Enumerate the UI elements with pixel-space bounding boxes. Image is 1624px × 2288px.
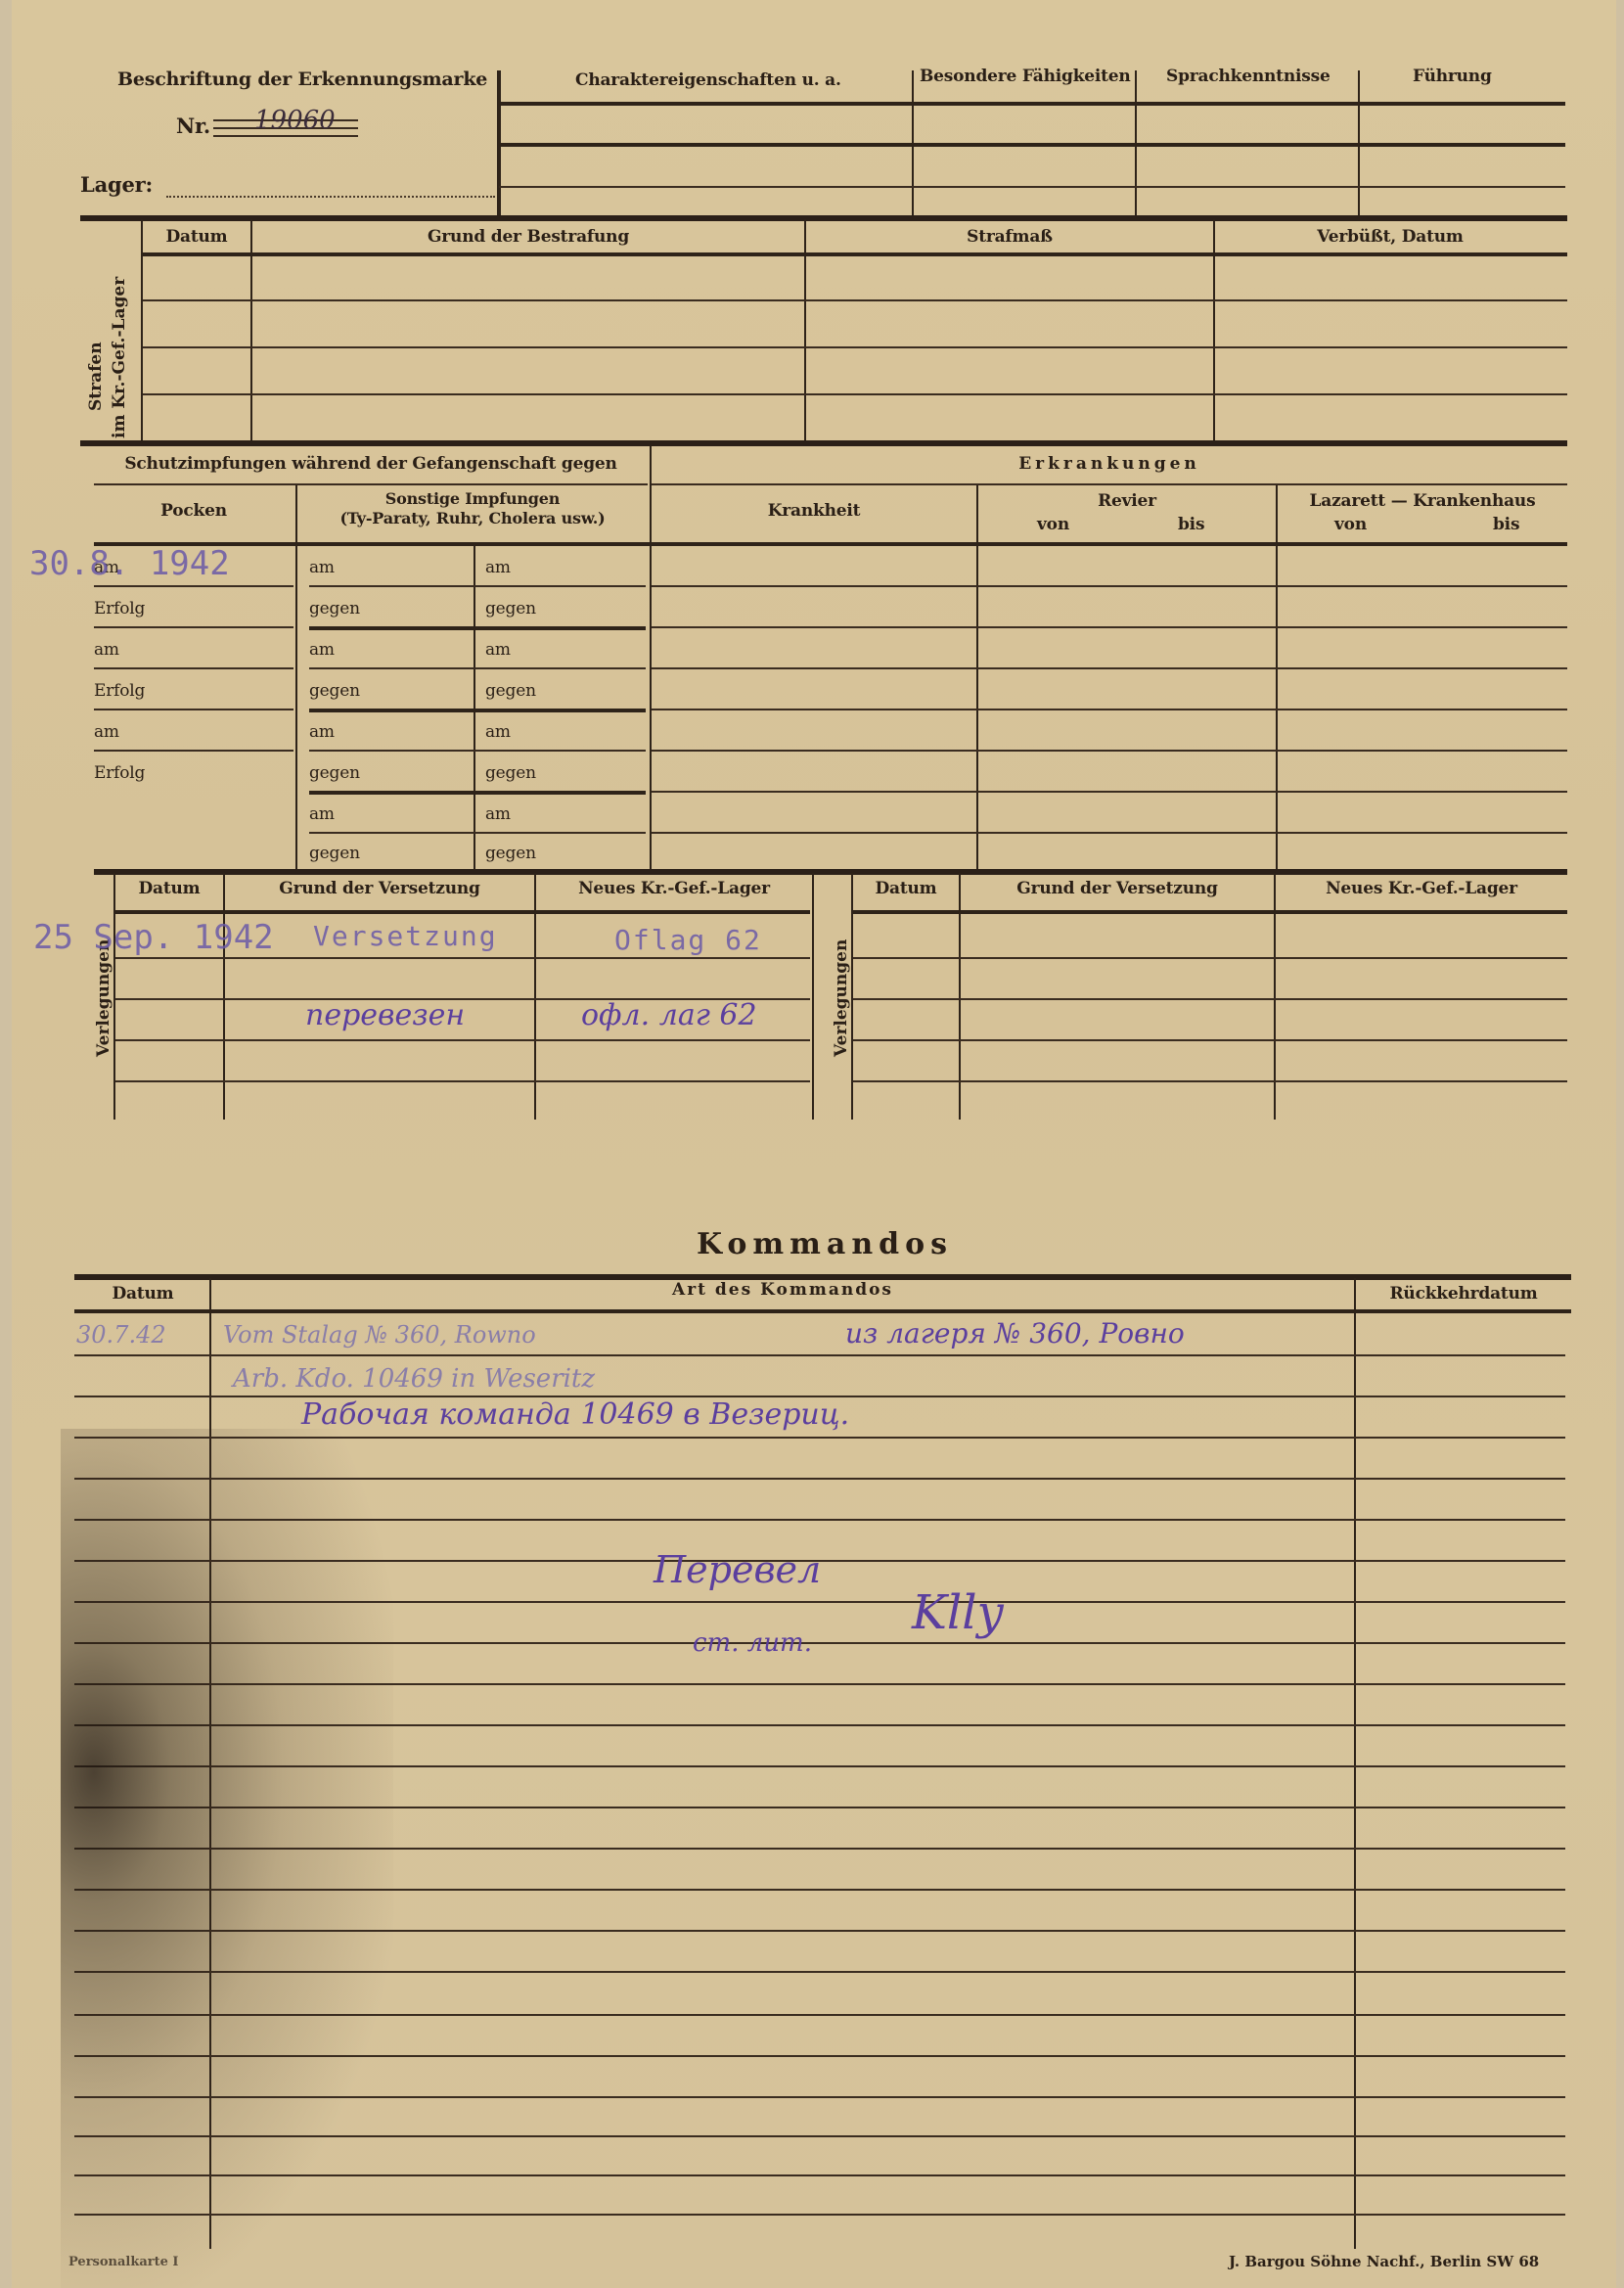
pocken-line (94, 626, 293, 628)
kommandos-title: Kommandos (697, 1227, 953, 1261)
erkrankungen-title: Erkrankungen (652, 454, 1567, 474)
sonstige-line (309, 626, 646, 630)
pocken-row-label: Erfolg (94, 763, 145, 783)
kommandos-col-rueckkehr: Rückkehrdatum (1356, 1284, 1571, 1304)
erkrank-line (652, 667, 1567, 669)
signature-line-1: Перевел (654, 1548, 821, 1591)
lazarett-bis-label: bis (1493, 515, 1519, 534)
sonstige-line (309, 832, 646, 834)
sonstige-col-divider (474, 544, 475, 871)
strafen-header-line (143, 252, 1567, 256)
verleg-grund-handwritten: перевезен (305, 998, 465, 1032)
sonstige-line (309, 709, 646, 712)
pocken-label: Pocken (94, 501, 293, 521)
sonstige-row-label: am (485, 558, 511, 577)
pocken-row-label: Erfolg (94, 599, 145, 618)
lazarett-label: Lazarett — Krankenhaus (1278, 491, 1567, 511)
section-rule (80, 440, 1567, 446)
sonstige-row-label: gegen (309, 681, 360, 701)
verleg-grund-stamp: Versetzung (313, 920, 498, 952)
verleg-lager-handwritten: офл. лаг 62 (581, 998, 757, 1032)
strafen-col-datum: Datum (143, 227, 250, 247)
verleg-date-stamp: 25 Sep. 1942 (33, 918, 274, 957)
pocken-row-label: am (94, 640, 119, 660)
header-row-line (499, 143, 1565, 147)
lazarett-von-label: von (1334, 515, 1367, 534)
verleg-row-line (853, 1080, 1567, 1082)
erkrank-line (652, 750, 1567, 752)
verleg-col-datum-2: Datum (853, 879, 959, 898)
section-rule (94, 869, 1567, 875)
sonstige-line (309, 585, 646, 587)
kommandos-row-line (74, 1354, 1565, 1356)
erkrankungen-title-line (652, 483, 1567, 485)
col-sprachkenntnisse: Sprachkenntnisse (1166, 67, 1331, 86)
signature-mark: Klly (912, 1585, 1004, 1640)
verleg-row-line (115, 1080, 810, 1082)
strafen-side-label: Strafen (86, 342, 106, 411)
pocken-date-stamp: 30.8. 1942 (29, 544, 230, 583)
sonstige-row-label: gegen (485, 599, 536, 618)
sonstige-row-label: am (485, 640, 511, 660)
col-fuehrung: Führung (1413, 67, 1492, 86)
sonstige-row-label: gegen (309, 763, 360, 783)
lager-field[interactable] (166, 196, 495, 198)
header-row-line (499, 186, 1565, 188)
krankheit-label: Krankheit (652, 501, 976, 521)
strafen-row-line (143, 299, 1567, 301)
kommandos-header-line (74, 1309, 1571, 1313)
verleg-col-lager: Neues Kr.-Gef.-Lager (536, 879, 812, 898)
pocken-line (94, 585, 293, 587)
verleg-row-line (115, 957, 810, 959)
sonstige-row-label: am (485, 722, 511, 742)
verleg-header-line (115, 910, 810, 914)
sonstige-line (309, 667, 646, 669)
sonstige-line (309, 791, 646, 795)
pocken-row-label: Erfolg (94, 681, 145, 701)
sonstige-row-label: am (309, 558, 335, 577)
sonstige-row-label: gegen (309, 844, 360, 863)
verleg-row-line (115, 1039, 810, 1041)
revier-bis-label: bis (1178, 515, 1204, 534)
sonstige-label-2: (Ty-Paraty, Ruhr, Cholera usw.) (297, 509, 648, 527)
strafen-side-label-2: im Kr.-Gef.-Lager (110, 277, 129, 438)
nr-value: 19060 (254, 106, 336, 135)
verleg-col-grund-2: Grund der Versetzung (961, 879, 1274, 898)
verleg-lager-stamp: Oflag 62 (614, 924, 762, 956)
pocken-line (94, 709, 293, 710)
kommando-datum: 30.7.42 (76, 1321, 166, 1349)
verleg-col-datum: Datum (115, 879, 223, 898)
verleg-row-line (853, 1039, 1567, 1041)
sonstige-row-label: gegen (309, 599, 360, 618)
section-rule (80, 215, 1567, 221)
erkrank-col-divider (976, 485, 978, 871)
kommando-art-ru: Рабочая команда 10469 в Везериц. (301, 1397, 849, 1432)
sonstige-row-label: gegen (485, 844, 536, 863)
verleg-col-lager-2: Neues Kr.-Gef.-Lager (1276, 879, 1567, 898)
verlegungen-side-label-right: Verlegungen (832, 939, 851, 1057)
verleg-col-grund: Grund der Versetzung (225, 879, 534, 898)
verleg-mid-divider (812, 873, 814, 1120)
header-row-line (499, 102, 1565, 106)
erkrank-line (652, 585, 1567, 587)
strafen-row-line (143, 393, 1567, 395)
sonstige-row-label: gegen (485, 681, 536, 701)
nr-label: Nr. (176, 114, 210, 138)
verleg-header-line (853, 910, 1567, 914)
personalkarte-back-page: Beschriftung der Erkennungsmarke Nr. 190… (12, 0, 1616, 2288)
kommando-art-ru: из лагеря № 360, Ровно (845, 1317, 1185, 1350)
kommandos-col-divider (1354, 1278, 1356, 2249)
sonstige-row-label: am (309, 640, 335, 660)
strafen-col-grund: Grund der Bestrafung (252, 227, 804, 247)
kommandos-col-datum: Datum (76, 1284, 209, 1304)
kommando-art-de: Arb. Kdo. 10469 in Weseritz (233, 1364, 595, 1394)
impf-header-line (94, 542, 1567, 546)
revier-label: Revier (978, 491, 1276, 511)
col-besondere-faehigkeiten: Besondere Fähigkeiten (920, 67, 1131, 86)
signature-line-2: ст. лит. (693, 1628, 812, 1658)
pocken-line (94, 667, 293, 669)
pocken-row-label: am (94, 722, 119, 742)
footer-printer: J. Bargou Söhne Nachf., Berlin SW 68 (1229, 2253, 1539, 2270)
sonstige-row-label: am (309, 722, 335, 742)
schutzimpfungen-title: Schutzimpfungen während der Gefangenscha… (94, 454, 648, 474)
col-charaktereigenschaften: Charaktereigenschaften u. a. (575, 70, 841, 90)
verleg-row-line (853, 998, 1567, 1000)
erkrank-line (652, 626, 1567, 628)
strafen-col-verbuesst: Verbüßt, Datum (1215, 227, 1565, 247)
kommandos-col-art: Art des Kommandos (211, 1280, 1354, 1300)
sonstige-row-label: am (309, 804, 335, 824)
sonstige-label-1: Sonstige Impfungen (297, 489, 648, 508)
erkrank-line (652, 791, 1567, 793)
erkrank-line (652, 832, 1567, 834)
sonstige-line (309, 750, 646, 752)
pocken-line (94, 750, 293, 752)
kommando-art-de: Vom Stalag № 360, Rowno (223, 1321, 536, 1349)
erkrank-line (652, 709, 1567, 710)
sonstige-row-label: gegen (485, 763, 536, 783)
ink-stain (61, 1429, 393, 2288)
strafen-col-strafmass: Strafmaß (806, 227, 1213, 247)
strafen-row-line (143, 346, 1567, 348)
verleg-row-line (853, 957, 1567, 959)
erkrank-col-divider (1276, 485, 1278, 871)
footer-form-id: Personalkarte I (68, 2255, 179, 2269)
erkennungsmarke-label: Beschriftung der Erkennungsmarke (117, 69, 487, 90)
sonstige-row-label: am (485, 804, 511, 824)
revier-von-label: von (1037, 515, 1069, 534)
lager-label: Lager: (80, 172, 153, 197)
impf-title-line (94, 483, 648, 485)
